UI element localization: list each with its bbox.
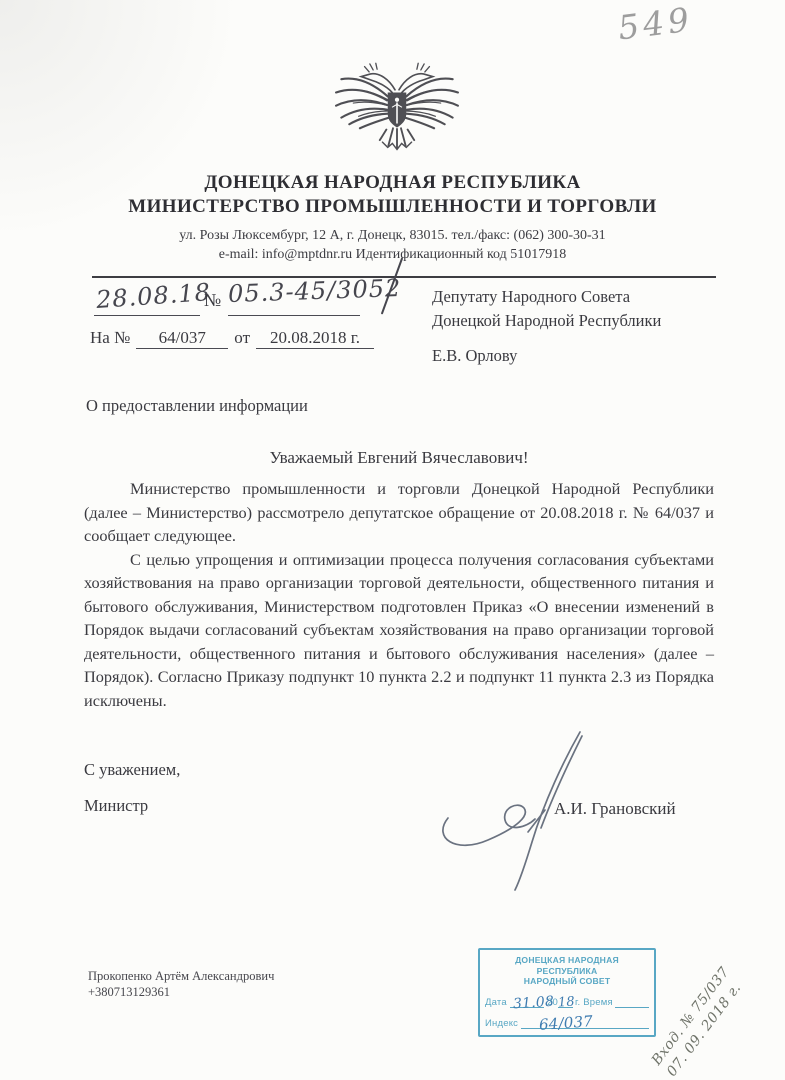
header-address: ул. Розы Люксембург, 12 А, г. Донецк, 83… — [0, 228, 785, 244]
stamp-year-field: 18 — [558, 1007, 573, 1008]
body-paragraph-2: С целью упрощения и оптимизации процесса… — [84, 548, 714, 713]
registration-stamp: ДОНЕЦКАЯ НАРОДНАЯ РЕСПУБЛИКА НАРОДНЫЙ СО… — [478, 948, 656, 1037]
handwritten-page-number: 549 — [616, 0, 695, 47]
stamp-date-handwritten: 31.08 — [512, 995, 554, 1010]
header-divider — [92, 276, 716, 278]
stamp-org-line1: ДОНЕЦКАЯ НАРОДНАЯ РЕСПУБЛИКА — [485, 955, 649, 976]
stamp-date-field: 31.08 — [510, 1007, 544, 1008]
reply-reference-row: На №64/037от20.08.2018 г. — [90, 328, 374, 349]
reply-number: 64/037 — [136, 328, 228, 349]
scanned-letter-page: 549 — [0, 0, 785, 1080]
stamp-time-field — [615, 1007, 649, 1008]
addressee-block: Депутату Народного Совета Донецкой Народ… — [432, 285, 661, 333]
letter-body: Министерство промышленности и торговли Д… — [84, 477, 714, 712]
addressee-line1: Депутату Народного Совета — [432, 285, 661, 309]
header-ministry: МИНИСТЕРСТВО ПРОМЫШЛЕННОСТИ И ТОРГОВЛИ — [0, 196, 785, 218]
subject-line: О предоставлении информации — [86, 396, 308, 416]
reply-from-label: от — [234, 328, 250, 347]
handwritten-outgoing-date: 28.08.18 — [95, 278, 212, 314]
addressee-line2: Донецкой Народной Республики — [432, 309, 661, 333]
stamp-org-line2: НАРОДНЫЙ СОВЕТ — [485, 976, 649, 987]
handwritten-outgoing-number: 05.3-45/3052 — [228, 274, 402, 308]
closing-regards: С уважением, — [84, 760, 180, 780]
number-underline — [228, 315, 360, 316]
salutation: Уважаемый Евгений Вячеславович! — [84, 448, 714, 468]
executor-name: Прокопенко Артём Александрович — [88, 968, 274, 984]
reply-date: 20.08.2018 г. — [256, 328, 374, 349]
outgoing-number-label: № — [204, 290, 221, 311]
handwritten-signature — [432, 722, 602, 902]
body-paragraph-1: Министерство промышленности и торговли Д… — [84, 477, 714, 548]
signer-position: Министр — [84, 796, 148, 816]
stamp-index-label: Индекс — [485, 1018, 518, 1029]
stamp-index-handwritten: 64/037 — [539, 1015, 594, 1031]
stamp-year-handwritten: 18 — [558, 996, 576, 1009]
stamp-index-field: 64/037 — [521, 1028, 649, 1029]
addressee-name: Е.В. Орлову — [432, 346, 517, 366]
stamp-date-label: Дата — [485, 997, 507, 1008]
stamp-time-label: г. Время — [575, 997, 613, 1008]
header-republic: ДОНЕЦКАЯ НАРОДНАЯ РЕСПУБЛИКА — [0, 172, 785, 194]
handwritten-incoming-note: Вход. № 75/037 07. 09. 2018 г. — [648, 963, 750, 1080]
reply-prefix: На № — [90, 328, 130, 347]
stamp-index-row: Индекс 64/037 — [485, 1018, 649, 1029]
executor-block: Прокопенко Артём Александрович +38071312… — [88, 968, 274, 1000]
date-underline — [94, 315, 200, 316]
executor-phone: +380713129361 — [88, 984, 274, 1000]
header-contact: e-mail: info@mptdnr.ru Идентификационный… — [0, 247, 785, 263]
dnr-eagle-emblem-icon — [330, 58, 464, 164]
stamp-date-row: Дата 31.08 20 18 г. Время — [485, 997, 649, 1008]
